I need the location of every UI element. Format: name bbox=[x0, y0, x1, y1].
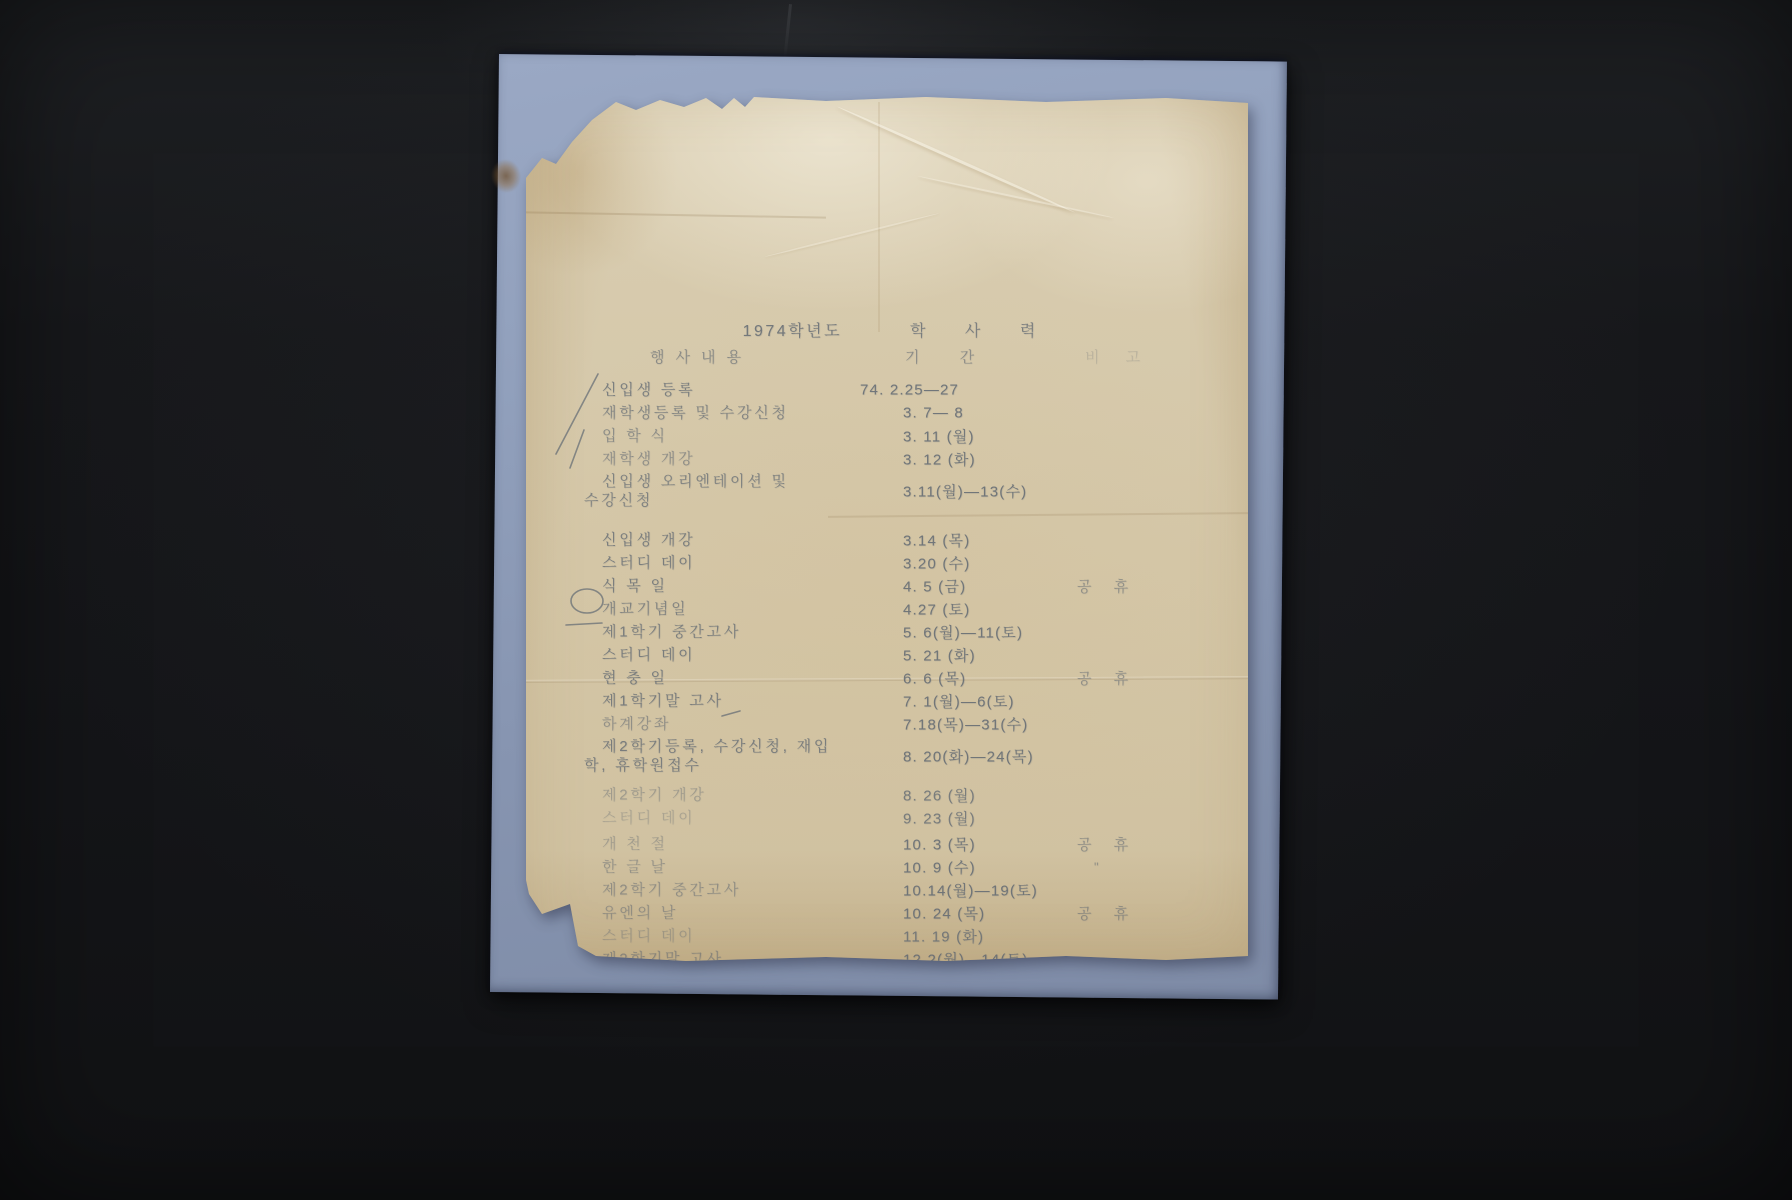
pen-marks bbox=[526, 94, 1248, 962]
wall-streak bbox=[783, 4, 792, 62]
pen-slash bbox=[556, 374, 598, 454]
pen-circle bbox=[571, 589, 603, 613]
pen-slash bbox=[570, 430, 584, 468]
pen-tick bbox=[722, 711, 740, 716]
paper-sheet: 1974학년도학 사 력 행사내용 기 간 비 고 신입생 등록 74. 2.2… bbox=[526, 94, 1248, 962]
pen-dash bbox=[566, 623, 602, 625]
document-paper: 1974학년도학 사 력 행사내용 기 간 비 고 신입생 등록 74. 2.2… bbox=[526, 94, 1248, 962]
photo-scene: 1974학년도학 사 력 행사내용 기 간 비 고 신입생 등록 74. 2.2… bbox=[0, 0, 1792, 1200]
